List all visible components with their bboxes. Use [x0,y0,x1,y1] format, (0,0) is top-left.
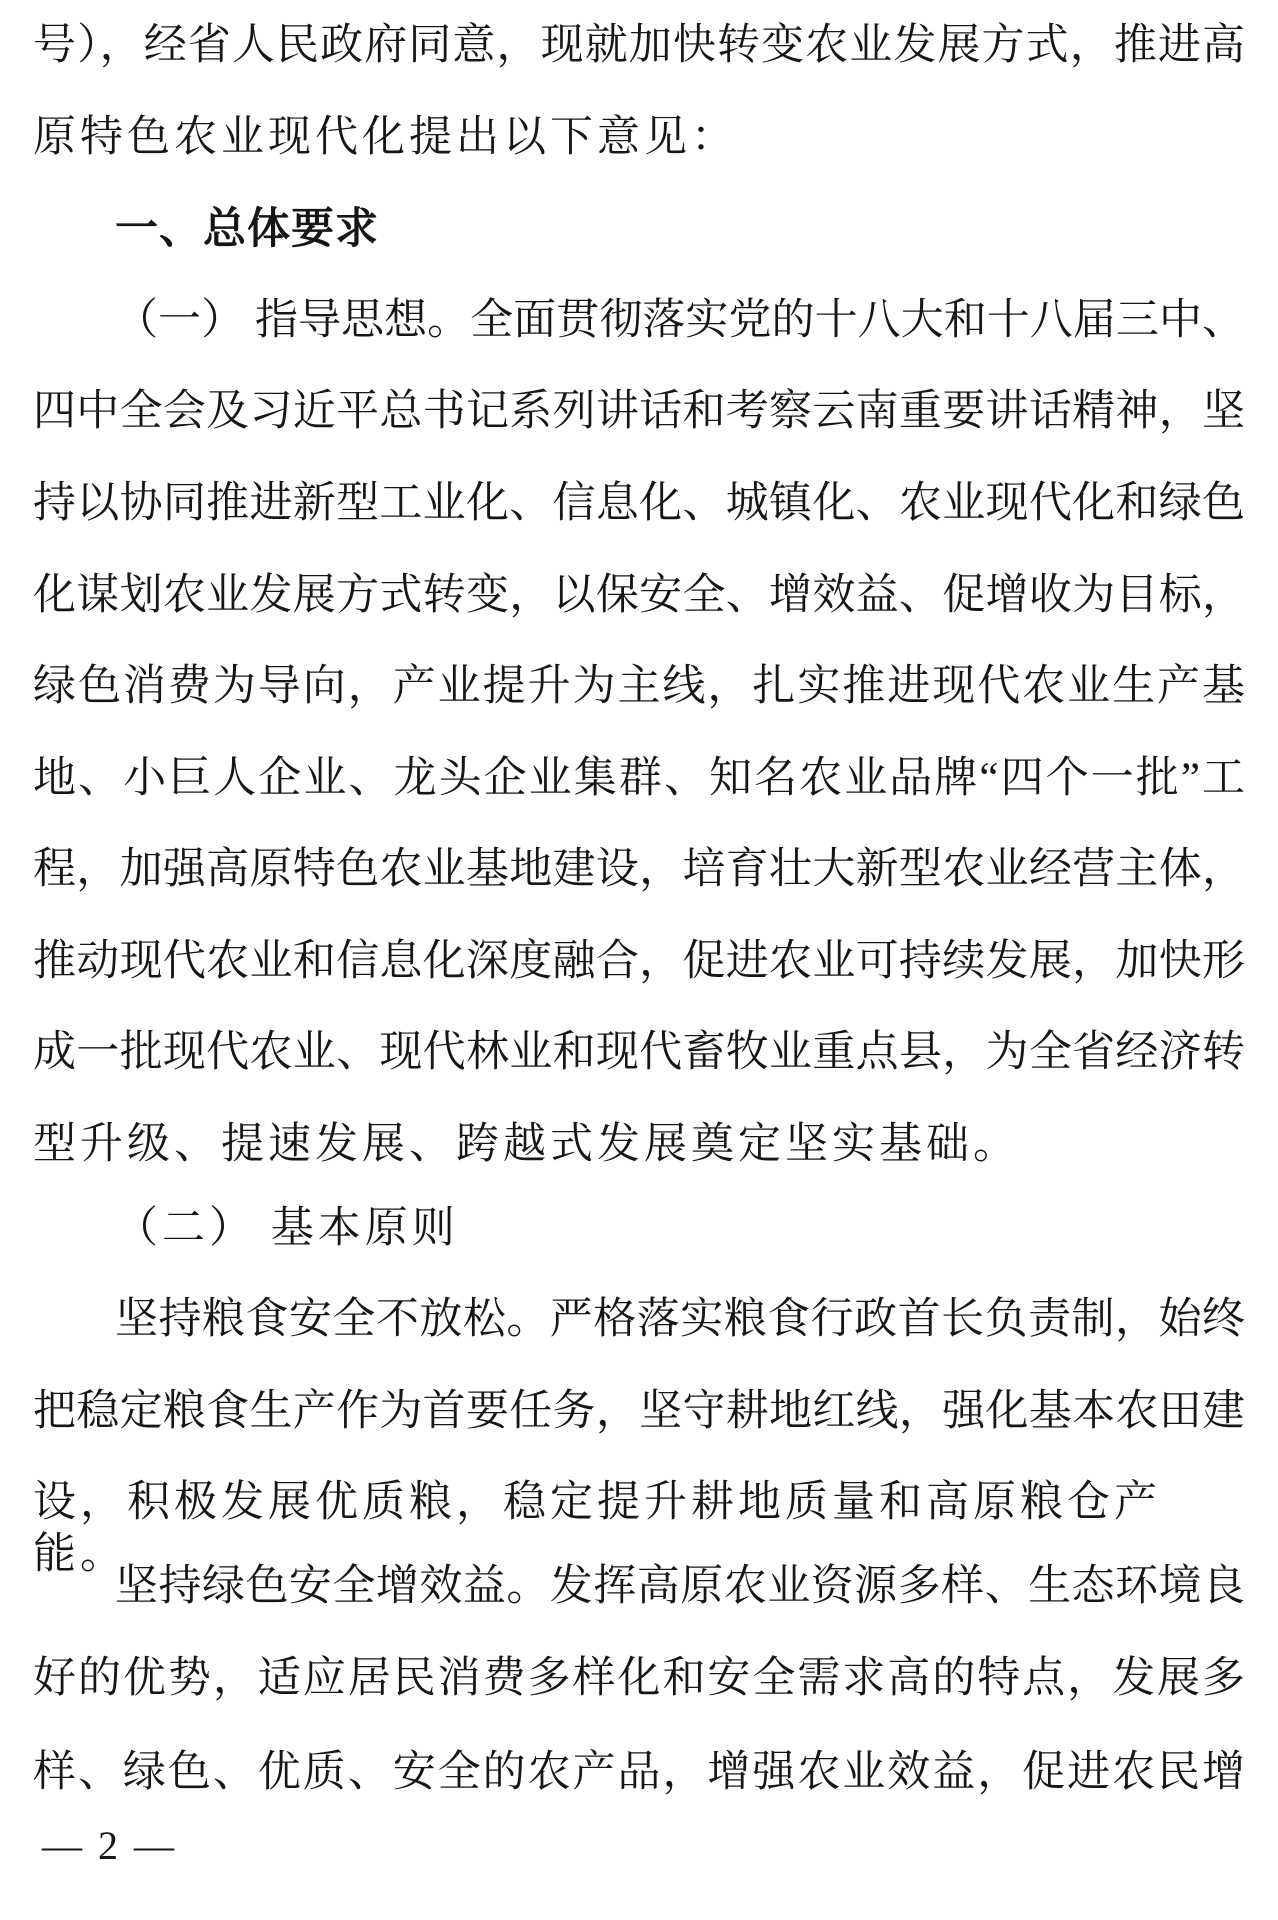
text-line: 绿色消费为导向，产业提升为主线，扎实推进现代农业生产基 [33,661,1245,713]
text-line: 原特色农业现代化提出以下意见： [33,112,1245,164]
page-number-right-dash: — [134,1822,174,1870]
text-line: 好的优势，适应居民消费多样化和安全需求高的特点，发展多 [33,1653,1245,1705]
text-line: 化谋划农业发展方式转变，以保安全、增效益、促增收为目标， [33,570,1245,622]
text-line: 坚持粮食安全不放松。严格落实粮食行政首长负责制，始终 [33,1294,1245,1346]
page-number: — 2 — [42,1822,174,1870]
text-line: 坚持绿色安全增效益。发挥高原农业资源多样、生态环境良 [33,1561,1245,1613]
page-number-left-dash: — [42,1822,82,1870]
text-line: 成一批现代农业、现代林业和现代畜牧业重点县，为全省经济转 [33,1027,1245,1079]
subsection-heading: （二） 基本原则 [33,1203,1245,1255]
text-line: 推动现代农业和信息化深度融合，促进农业可持续发展，加快形 [33,936,1245,988]
text-line: 样、绿色、优质、安全的农产品，增强农业效益，促进农民增 [33,1747,1245,1799]
text-line: 型升级、提速发展、跨越式发展奠定坚实基础。 [33,1119,1245,1171]
text-line: 号），经省人民政府同意，现就加快转变农业发展方式，推进高 [33,20,1245,72]
document-page: 号），经省人民政府同意，现就加快转变农业发展方式，推进高 原特色农业现代化提出以… [0,0,1278,1920]
text-line: 地、小巨人企业、龙头企业集群、知名农业品牌“四个一批”工 [33,753,1245,805]
text-line: （一） 指导思想。全面贯彻落实党的十八大和十八届三中、 [33,295,1245,347]
section-heading: 一、总体要求 [33,203,1245,255]
text-line: 持以协同推进新型工业化、信息化、城镇化、农业现代化和绿色 [33,478,1245,530]
text-line: 四中全会及习近平总书记系列讲话和考察云南重要讲话精神，坚 [33,386,1245,438]
text-line: 把稳定粮食生产作为首要任务，坚守耕地红线，强化基本农田建 [33,1386,1245,1438]
page-number-value: 2 [98,1822,118,1870]
text-line: 程，加强高原特色农业基地建设，培育壮大新型农业经营主体， [33,844,1245,896]
